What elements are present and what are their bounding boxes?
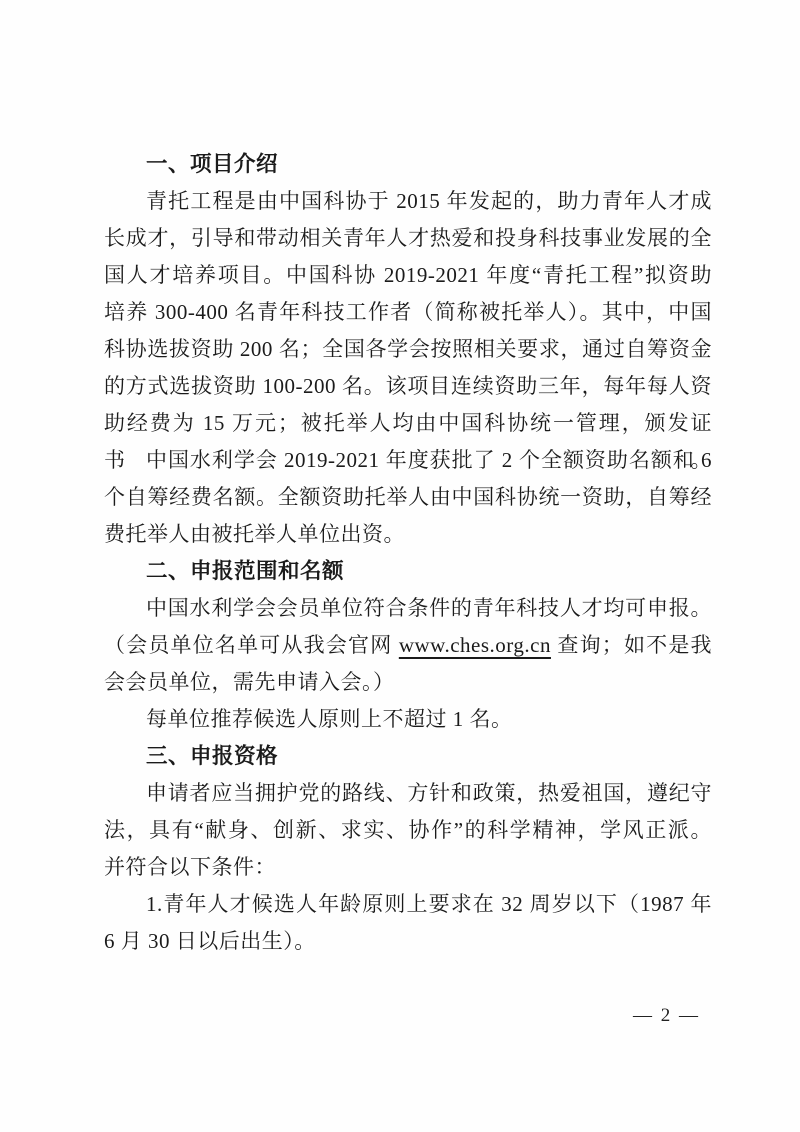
section-heading-eligibility: 三、申报资格 bbox=[104, 738, 712, 775]
website-link[interactable]: www.ches.org.cn bbox=[399, 633, 551, 657]
text-line: 申请者应当拥护党的路线、方针和政策，热爱祖国，遵纪守 bbox=[104, 775, 712, 812]
text-line-with-link: （会员单位名单可从我会官网 www.ches.org.cn 查询；如不是我 bbox=[104, 627, 712, 664]
link-post-text: 查询；如不是我 bbox=[551, 633, 712, 657]
text-line: 的方式选拔资助 100-200 名。该项目连续资助三年，每年每人资 bbox=[104, 368, 712, 405]
text-line: 中国水利学会 2019-2021 年度获批了 2 个全额资助名额和 6 bbox=[104, 442, 712, 479]
page-number: — 2 — bbox=[633, 1001, 700, 1031]
text-line: 并符合以下条件： bbox=[104, 849, 712, 886]
text-line: 青托工程是由中国科协于 2015 年发起的，助力青年人才成 bbox=[104, 183, 712, 220]
text-line: 培养 300-400 名青年科技工作者（简称被托举人）。其中，中国 bbox=[104, 294, 712, 331]
section-heading-project-intro: 一、项目介绍 bbox=[104, 146, 712, 183]
document-body: 一、项目介绍 青托工程是由中国科协于 2015 年发起的，助力青年人才成 长成才… bbox=[104, 146, 712, 960]
text-line: 6 月 30 日以后出生）。 bbox=[104, 923, 712, 960]
text-line: 个自筹经费名额。全额资助托举人由中国科协统一资助，自筹经 bbox=[104, 479, 712, 516]
link-pre-text: （会员单位名单可从我会官网 bbox=[104, 633, 399, 657]
text-line: 会会员单位，需先申请入会。） bbox=[104, 664, 712, 701]
section-heading-application-scope: 二、申报范围和名额 bbox=[104, 553, 712, 590]
document-page: 一、项目介绍 青托工程是由中国科协于 2015 年发起的，助力青年人才成 长成才… bbox=[0, 0, 800, 1132]
text-line: 费托举人由被托举人单位出资。 bbox=[104, 516, 712, 553]
text-line: 每单位推荐候选人原则上不超过 1 名。 bbox=[104, 701, 712, 738]
text-line: 科协选拔资助 200 名；全国各学会按照相关要求，通过自筹资金 bbox=[104, 331, 712, 368]
text-line: 国人才培养项目。中国科协 2019-2021 年度“青托工程”拟资助 bbox=[104, 257, 712, 294]
text-line: 法，具有“献身、创新、求实、协作”的科学精神，学风正派。 bbox=[104, 812, 712, 849]
text-line: 长成才，引导和带动相关青年人才热爱和投身科技事业发展的全 bbox=[104, 220, 712, 257]
text-line: 助经费为 15 万元；被托举人均由中国科协统一管理，颁发证书。 bbox=[104, 405, 712, 442]
text-line: 1.青年人才候选人年龄原则上要求在 32 周岁以下（1987 年 bbox=[104, 886, 712, 923]
text-line: 中国水利学会会员单位符合条件的青年科技人才均可申报。 bbox=[104, 590, 712, 627]
